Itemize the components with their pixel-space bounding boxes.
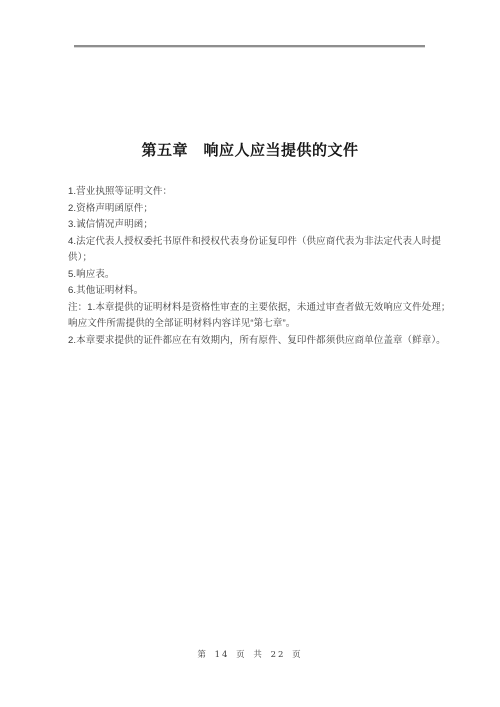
body-line-6: 5.响应表。 — [68, 267, 440, 284]
footer-total-pages: 22 — [271, 650, 286, 660]
body-line-2: 2.资格声明函原件； — [68, 201, 440, 218]
page-footer: 第 14 页 共 22 页 — [0, 648, 500, 660]
body-line-9: 响应文件所需提供的全部证明材料内容详见“第七章”。 — [68, 316, 440, 333]
body-line-7: 6.其他证明材料。 — [68, 283, 440, 300]
footer-label-page-prefix: 第 — [197, 650, 208, 660]
body-line-1: 1.营业执照等证明文件： — [68, 184, 440, 201]
footer-label-total: 共 — [253, 650, 264, 660]
body-line-5: 供）； — [68, 250, 440, 267]
header-rule-line — [74, 45, 425, 48]
chapter-title: 第五章 响应人应当提供的文件 — [0, 139, 500, 160]
body-line-10: 2.本章要求提供的证件都应在有效期内，所有原件、复印件都须供应商单位盖章（鲜章）… — [68, 333, 440, 350]
footer-label-page: 页 — [236, 650, 247, 660]
body-line-3: 3.诚信情况声明函； — [68, 217, 440, 234]
footer-label-page-suffix: 页 — [292, 650, 303, 660]
footer-current-page: 14 — [215, 650, 230, 660]
body-line-4: 4.法定代表人授权委托书原件和授权代表身份证复印件（供应商代表为非法定代表人时提 — [68, 234, 440, 251]
document-body: 1.营业执照等证明文件： 2.资格声明函原件； 3.诚信情况声明函； 4.法定代… — [68, 184, 440, 349]
body-line-8: 注：1.本章提供的证明材料是资格性审查的主要依据，未通过审查者做无效响应文件处理… — [68, 300, 440, 317]
document-page: 第五章 响应人应当提供的文件 1.营业执照等证明文件： 2.资格声明函原件； 3… — [0, 0, 500, 707]
